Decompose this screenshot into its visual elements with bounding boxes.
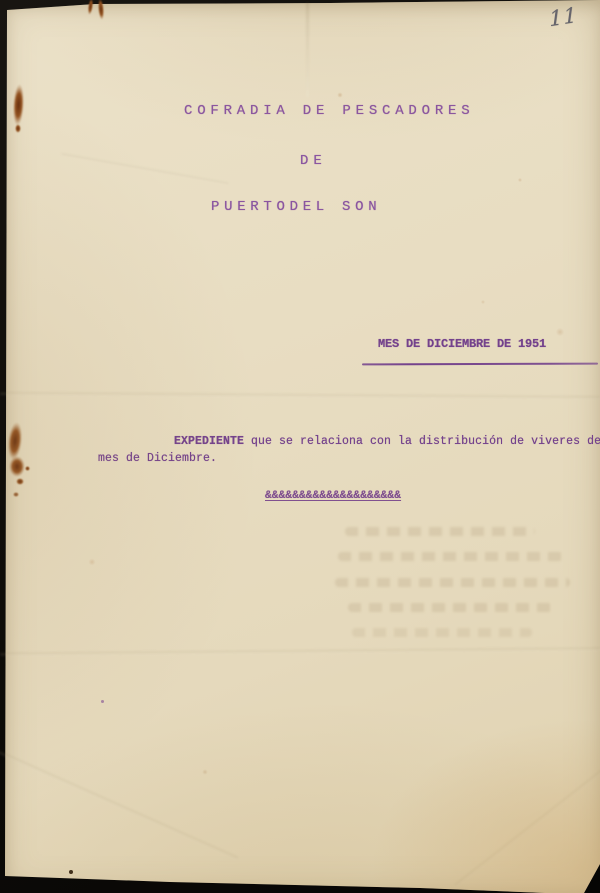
- org-title-line2: DE: [300, 153, 327, 169]
- org-title-line1: COFRADIA DE PESCADORES: [184, 103, 474, 119]
- date-heading: MES DE DICIEMBRE DE 1951: [378, 337, 546, 351]
- body-lead-word: EXPEDIENTE: [174, 435, 244, 448]
- scanned-document-photo: COFRADIA DE PESCADORES DE PUERTODEL SON …: [0, 0, 600, 893]
- org-title-line3: PUERTODEL SON: [211, 199, 381, 215]
- body-line2: mes de Diciembre.: [98, 452, 217, 465]
- ornament-row: &&&&&&&&&&&&&&&&&&&&: [265, 490, 401, 502]
- body-line1-rest: que se relaciona con la distribución de …: [244, 435, 600, 448]
- page-number-pencil: 11: [549, 3, 579, 32]
